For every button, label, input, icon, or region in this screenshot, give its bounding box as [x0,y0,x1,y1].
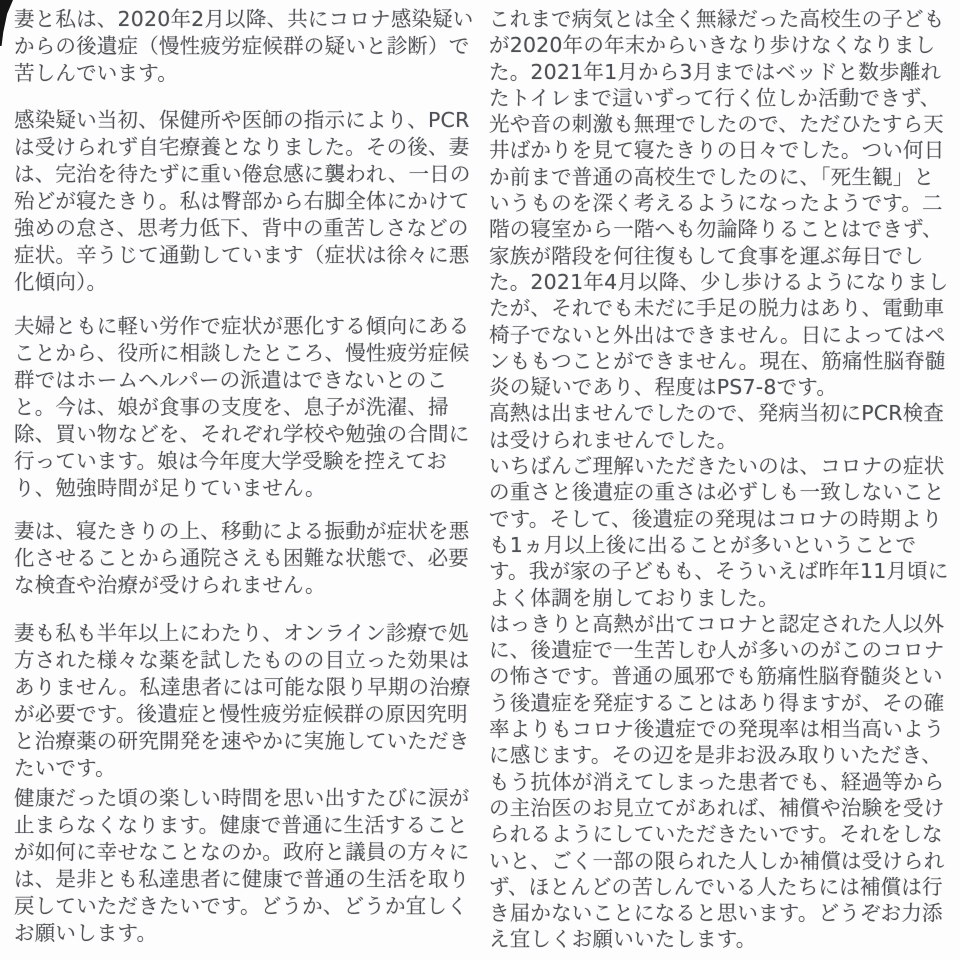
text-line: 家族が階段を何往復もして食事を運ぶ毎日でし [489,243,955,269]
text-line: 階の寝室から一階へも勿論降りることはできず、 [489,216,955,242]
text-line: 方された様々な薬を試したものの目立った効果は [14,647,476,674]
left-paragraph-5: 妻も私も半年以上にわたり、オンライン診療で処方された様々な薬を試したものの目立っ… [14,620,476,782]
text-line: 殆どが寝たきり。私は臀部から右脚全体にかけて [14,188,476,215]
text-line: 健康だった頃の楽しい時間を思い出すたびに涙が [14,785,476,812]
text-line: よく体調を崩しておりました。 [489,585,955,611]
right-paragraph-1: これまで病気とは全く無縁だった高校生の子どもが2020年の年末からいきなり歩けな… [489,6,955,400]
text-line: の主治医のお見立てがあれば、補償や治験を受け [489,795,955,821]
text-line: ありません。私達患者には可能な限り早期の治療 [14,674,476,701]
text-line: か前まで普通の高校生でしたのに、「死生観」と [489,164,955,190]
text-line: は受けられず自宅療養となりました。その後、妻 [14,134,476,161]
text-line: いちばんご理解いただきたいのは、コロナの症状 [489,453,955,479]
text-line: はっきりと高熱が出てコロナと認定された人以外 [489,611,955,637]
right-paragraph-4: はっきりと高熱が出てコロナと認定された人以外に、後遺症で一生苦しむ人が多いのがこ… [489,611,955,953]
left-paragraph-1: 妻と私は、2020年2月以降、共にコロナ感染疑いからの後遺症（慢性疲労症候群の疑… [14,6,476,87]
text-line: 妻は、寝たきりの上、移動による振動が症状を悪 [14,518,476,545]
text-line: が如何に幸せなことなのか。政府と議員の方々に [14,839,476,866]
text-line: に感じます。その辺を是非お汲み取りいただき、 [489,742,955,768]
text-line: 除、買い物などを、それぞれ学校や勉強の合間に [14,421,476,448]
text-line: と治療薬の研究開発を速やかに実施していただき [14,728,476,755]
photo-corner-artifact [0,0,13,46]
text-line: に、後遺症で一生苦しむ人が多いのがこのコロナ [489,637,955,663]
text-line: 行っています。娘は今年度大学受験を控えてお [14,448,476,475]
text-line: 井ばかりを見て寝たきりの日々でした。つい何日 [489,137,955,163]
text-line: ことから、役所に相談したところ、慢性疲労症候 [14,340,476,367]
text-line: え宜しくお願いいたします。 [489,926,955,952]
text-line: き届かないことになると思います。どうぞお力添 [489,900,955,926]
text-line: いうものを深く考えるようになったようです。二 [489,190,955,216]
text-line: これまで病気とは全く無縁だった高校生の子ども [489,6,955,32]
left-paragraph-4: 妻は、寝たきりの上、移動による振動が症状を悪化させることから通院さえも困難な状態… [14,518,476,599]
text-line: 化させることから通院さえも困難な状態で、必要 [14,545,476,572]
text-line: からの後遺症（慢性疲労症候群の疑いと診断）で [14,33,476,60]
text-line: も1ヵ月以上後に出ることが多いということで [489,532,955,558]
text-line: もう抗体が消えてしまった患者でも、経過等から [489,769,955,795]
left-paragraph-3: 夫婦ともに軽い労作で症状が悪化する傾向にあることから、役所に相談したところ、慢性… [14,313,476,502]
text-line: 夫婦ともに軽い労作で症状が悪化する傾向にある [14,313,476,340]
text-line: られるようにしていただきたいです。それをしな [489,821,955,847]
text-line: が必要です。後遺症と慢性疲労症候群の原因究明 [14,701,476,728]
text-line: 苦しんでいます。 [14,60,476,87]
left-paragraph-2: 感染疑い当初、保健所や医師の指示により、PCRは受けられず自宅療養となりました。… [14,107,476,296]
text-line: と。今は、娘が食事の支度を、息子が洗濯、掃 [14,394,476,421]
text-line: は、完治を待たずに重い倦怠感に襲われ、一日の [14,161,476,188]
text-line: 光や音の刺激も無理でしたので、ただひたすら天 [489,111,955,137]
text-line: 戻していただきたいです。どうか、どうか宜しく [14,893,476,920]
text-line: 症状。辛うじて通勤しています（症状は徐々に悪 [14,242,476,269]
text-line: 強めの怠さ、思考力低下、背中の重苦しさなどの [14,215,476,242]
text-line: 率よりもコロナ後遺症での発現率は相当高いよう [489,716,955,742]
text-line: です。そして、後遺症の発現はコロナの時期より [489,506,955,532]
text-line: の怖さです。普通の風邪でも筋痛性脳脊髄炎とい [489,663,955,689]
left-text-column: 妻と私は、2020年2月以降、共にコロナ感染疑いからの後遺症（慢性疲労症候群の疑… [14,6,476,947]
right-paragraph-2: 高熱は出ませんでしたので、発病当初にPCR検査は受けられませんでした。 [489,400,955,453]
text-line: た。2021年1月から3月まではベッドと数歩離れ [489,59,955,85]
text-line: たトイレまで這いずって行く位しか活動できず、 [489,85,955,111]
text-line: り、勉強時間が足りていません。 [14,475,476,502]
text-line: 椅子でないと外出はできません。日によってはペ [489,322,955,348]
text-line: 感染疑い当初、保健所や医師の指示により、PCR [14,107,476,134]
text-line: 高熱は出ませんでしたので、発病当初にPCR検査 [489,400,955,426]
text-line: な検査や治療が受けられません。 [14,572,476,599]
right-text-column: これまで病気とは全く無縁だった高校生の子どもが2020年の年末からいきなり歩けな… [489,6,955,953]
text-line: たが、それでも未だに手足の脱力はあり、電動車 [489,295,955,321]
text-line: 群ではホームヘルパーの派遣はできないとのこ [14,367,476,394]
text-line: 妻も私も半年以上にわたり、オンライン診療で処 [14,620,476,647]
text-line: お願いします。 [14,920,476,947]
text-line: の重さと後遺症の重さは必ずしも一致しないこと [489,479,955,505]
text-line: た。2021年4月以降、少し歩けるようになりまし [489,269,955,295]
text-line: 炎の疑いであり、程度はPS7-8です。 [489,374,955,400]
text-line: す。我が家の子どもも、そういえば昨年11月頃に [489,558,955,584]
text-line: ンももつことができません。現在、筋痛性脳脊髄 [489,348,955,374]
text-line: たいです。 [14,755,476,782]
text-line: が2020年の年末からいきなり歩けなくなりまし [489,32,955,58]
text-line: いと、ごく一部の限られた人しか補償は受けられ [489,848,955,874]
text-line: 妻と私は、2020年2月以降、共にコロナ感染疑い [14,6,476,33]
text-line: 止まらなくなります。健康で普通に生活すること [14,812,476,839]
right-paragraph-3: いちばんご理解いただきたいのは、コロナの症状の重さと後遺症の重さは必ずしも一致し… [489,453,955,611]
left-paragraph-6: 健康だった頃の楽しい時間を思い出すたびに涙が止まらなくなります。健康で普通に生活… [14,785,476,947]
text-line: 化傾向）。 [14,269,476,296]
text-line: う後遺症を発症することはあり得ますが、その確 [489,690,955,716]
text-photo-page: 妻と私は、2020年2月以降、共にコロナ感染疑いからの後遺症（慢性疲労症候群の疑… [0,0,960,960]
text-line: は受けられませんでした。 [489,427,955,453]
text-line: は、是非とも私達患者に健康で普通の生活を取り [14,866,476,893]
text-line: ず、ほとんどの苦しんでいる人たちには補償は行 [489,874,955,900]
